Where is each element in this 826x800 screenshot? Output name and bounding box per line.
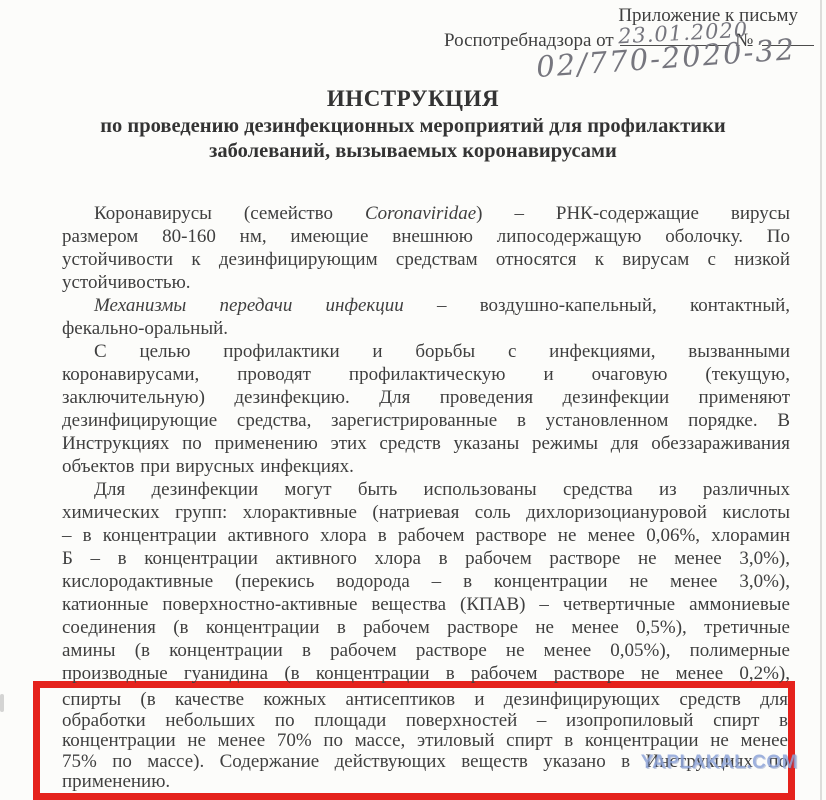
text-line: применению. bbox=[62, 772, 788, 793]
text-line: Механизмы передачи инфекции – воздушно-к… bbox=[62, 294, 790, 317]
text-line: амины (в концентрации в рабочем растворе… bbox=[62, 639, 790, 662]
paragraph-transmission: Механизмы передачи инфекции – воздушно-к… bbox=[62, 294, 790, 340]
text-line: размером 80-160 нм, имеющие внешнюю липо… bbox=[62, 225, 790, 248]
scanned-document-page: Приложение к письму Роспотребнадзора от … bbox=[0, 0, 826, 800]
text-line: устойчивостью. bbox=[62, 271, 790, 294]
scan-edge-line bbox=[820, 0, 822, 800]
paragraph-alcohols-highlighted: спирты (в качестве кожных антисептиков и… bbox=[62, 690, 788, 793]
scan-artifact bbox=[0, 694, 4, 712]
text-line: химических групп: хлорактивные (натриева… bbox=[62, 501, 790, 524]
text-line: производные гуанидина (в концентрации в … bbox=[62, 662, 790, 685]
document-subtitle-line1: по проведению дезинфекционных мероприяти… bbox=[0, 114, 826, 139]
text-line: – в концентрации активного хлора в рабоч… bbox=[62, 524, 790, 547]
text-line: спирты (в качестве кожных антисептиков и… bbox=[62, 690, 788, 711]
text-line: Для дезинфекции могут быть использованы … bbox=[62, 478, 790, 501]
text-line: коронавирусами, проводят профилактическу… bbox=[62, 363, 790, 386]
highlight-box: спирты (в качестве кожных антисептиков и… bbox=[33, 681, 795, 800]
paragraph-chemical-groups: Для дезинфекции могут быть использованы … bbox=[62, 478, 790, 685]
text-line: заключительную) дезинфекцию. Для проведе… bbox=[62, 386, 790, 409]
text-line: соединения (в концентрации в рабочем рас… bbox=[62, 616, 790, 639]
text-line: дезинфицирующие средства, зарегистрирова… bbox=[62, 409, 790, 432]
document-title: ИНСТРУКЦИЯ bbox=[0, 84, 826, 114]
letter-header: Приложение к письму Роспотребнадзора от … bbox=[444, 4, 814, 53]
document-subtitle-line2: заболеваний, вызываемых коронавирусами bbox=[0, 139, 826, 164]
text-line: катионные поверхностно-активные вещества… bbox=[62, 593, 790, 616]
paragraph-coronaviruses: Коронавирусы (семейство Coronaviridae) –… bbox=[62, 202, 790, 294]
text-line: кислородактивные (перекись водорода – в … bbox=[62, 570, 790, 593]
text-line: объектов при вирусных инфекциях. bbox=[62, 455, 790, 478]
text-line: Б – в концентрации активного хлора в раб… bbox=[62, 547, 790, 570]
text-line: устойчивости к дезинфицирующим средствам… bbox=[62, 248, 790, 271]
text-line: С целью профилактики и борьбы с инфекция… bbox=[62, 340, 790, 363]
text-line: Инструкциях по применению этих средств у… bbox=[62, 432, 790, 455]
text-line: концентрации не менее 70% по массе, этил… bbox=[62, 731, 788, 752]
document-body: Коронавирусы (семейство Coronaviridae) –… bbox=[62, 202, 790, 800]
text-line: обработки небольших по площади поверхнос… bbox=[62, 711, 788, 732]
watermark: YAPLAKAL.COM bbox=[641, 752, 798, 774]
text-line: Коронавирусы (семейство Coronaviridae) –… bbox=[62, 202, 790, 225]
paragraph-disinfection-purpose: С целью профилактики и борьбы с инфекция… bbox=[62, 340, 790, 478]
text-line: фекально-оральный. bbox=[62, 317, 790, 340]
